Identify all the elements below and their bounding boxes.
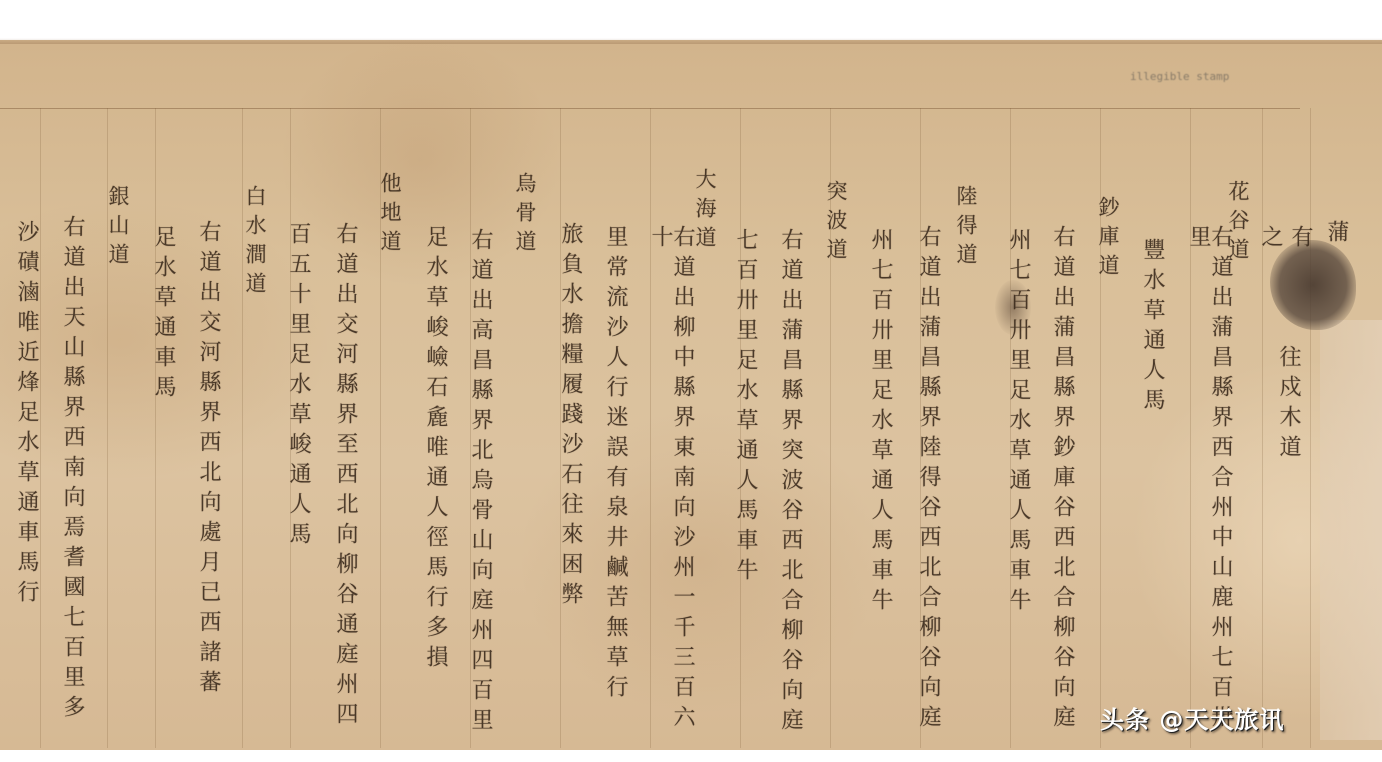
- text-column: 州七百卅里足水草通人馬車牛: [869, 228, 891, 618]
- text-column: 里常流沙人行迷誤有泉井鹹苦無草行: [604, 225, 626, 705]
- text-column: 右道出蒲昌縣界突波谷西北合柳谷向庭: [779, 228, 801, 738]
- collection-stamp: illegible stamp: [1130, 70, 1280, 86]
- text-column: 之: [1259, 225, 1281, 255]
- text-column: 右道出柳中縣界東南向沙州一千三百六十: [649, 225, 693, 762]
- ruled-line: [1262, 108, 1263, 748]
- text-column: 蒲: [1325, 220, 1347, 250]
- text-column: 百五十里足水草峻通人馬: [287, 222, 309, 552]
- ruled-line: [155, 108, 156, 748]
- text-column: 州七百卅里足水草通人馬車牛: [1007, 228, 1029, 618]
- text-column: 右道出蒲昌縣界西合州中山鹿州七百卅里: [1187, 225, 1231, 762]
- route-title: 烏骨道: [514, 172, 535, 259]
- text-column: 右道出交河縣界至西北向柳谷通庭州四: [334, 222, 356, 732]
- ruled-line: [40, 108, 41, 748]
- route-title: 他地道: [379, 172, 400, 259]
- route-title: 陸得道: [955, 185, 976, 272]
- ruled-line: [1310, 108, 1311, 748]
- text-column: 右道出蒲昌縣界陸得谷西北合柳谷向庭: [917, 225, 939, 735]
- text-column: 足水草峻嶮石麁唯通人徑馬行多損: [424, 225, 446, 675]
- route-title: 白水澗道: [244, 185, 265, 301]
- text-column: 旅負水擔糧履踐沙石往來困弊: [559, 222, 581, 612]
- route-title: 大海道: [694, 168, 715, 255]
- route-title: 鈔庫道: [1097, 196, 1118, 283]
- text-column: 右道出天山縣界西南向焉耆國七百里多: [61, 215, 83, 725]
- text-column: 沙磧滷唯近烽足水草通車馬行: [15, 220, 37, 610]
- text-column: 足水草通車馬: [152, 225, 174, 405]
- text-column: 右道出交河縣界西北向處月已西諸蕃: [197, 220, 219, 700]
- route-title: 銀山道: [107, 185, 128, 272]
- text-column: 七百卅里足水草通人馬車牛: [734, 228, 756, 588]
- route-title: 突波道: [825, 180, 846, 267]
- scroll-torn-edge: [0, 38, 1382, 44]
- scroll-faded-panel: [1320, 320, 1382, 740]
- text-column: 往戍木道: [1277, 345, 1299, 465]
- text-column: 右道出蒲昌縣界鈔庫谷西北合柳谷向庭: [1051, 225, 1073, 735]
- text-column: 有: [1289, 225, 1311, 255]
- watermark: 头条 @天天旅讯: [1100, 700, 1284, 735]
- text-column: 右道出高昌縣界北烏骨山向庭州四百里: [469, 228, 491, 738]
- text-column: 豐水草通人馬: [1141, 238, 1163, 418]
